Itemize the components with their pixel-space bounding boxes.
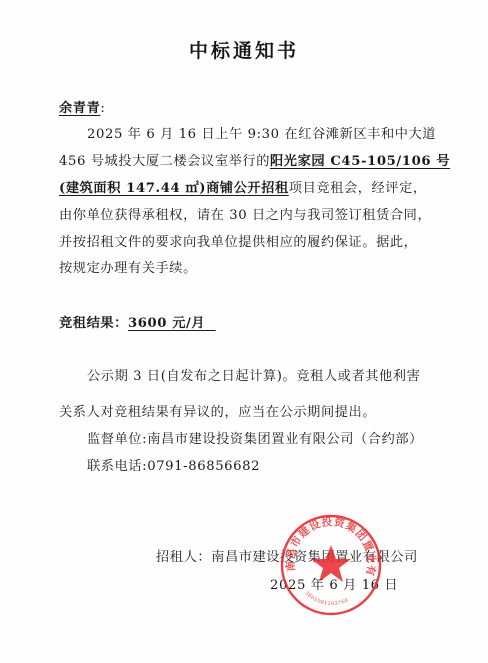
paragraph1-line1: 2025 年 6 月 16 日上午 9:30 在红谷滩新区丰和中大道 [87, 126, 436, 144]
property-area: (建筑面积 147.44 ㎡)商铺公开招租 [59, 181, 289, 196]
official-seal-icon: 南昌市建设投资集团置业有限公司 3601081103760 [279, 513, 383, 617]
paragraph1-line3: (建筑面积 147.44 ㎡)商铺公开招租项目竞租会，经评定， [59, 180, 427, 198]
notice-line2: 关系人对竞租结果有异议的，应当在公示期间提出。 [59, 404, 376, 422]
paragraph1-line3-suffix: 项目竞租会，经评定， [289, 181, 427, 196]
recipient-colon: : [100, 101, 105, 116]
stamp-code: 3601081103760 [304, 590, 350, 607]
paragraph1-line6: 按规定办理有关手续。 [59, 260, 197, 278]
result-value: 3600 元/月 [128, 316, 205, 331]
result-line: 竞租结果：3600 元/月 [59, 315, 216, 333]
paragraph1-line2-prefix: 456 号城投大厦二楼会议室举行的 [59, 154, 270, 169]
document-title: 中标通知书 [0, 36, 488, 63]
contact-phone: 0791-86856682 [147, 459, 260, 474]
notice-line1: 公示期 3 日(自发布之日起计算)。竞租人或者其他利害 [87, 368, 420, 386]
property-name: 阳光家园 C45-105/106 号 [270, 154, 450, 169]
contact-line: 联系电话:0791-86856682 [87, 458, 260, 476]
supervisor-value: 南昌市建设投资集团置业有限公司（合约部） [147, 432, 423, 447]
supervisor-line: 监督单位:南昌市建设投资集团置业有限公司（合约部） [87, 431, 423, 449]
svg-text:3601081103760: 3601081103760 [304, 590, 350, 607]
document-page: 中标通知书 余青青: 2025 年 6 月 16 日上午 9:30 在红谷滩新区… [0, 0, 488, 663]
paragraph1-line2: 456 号城投大厦二楼会议室举行的阳光家园 C45-105/106 号 [59, 153, 450, 171]
contact-label: 联系电话: [87, 459, 147, 474]
supervisor-label: 监督单位: [87, 432, 147, 447]
recipient-name: 余青青 [59, 101, 100, 116]
paragraph1-line4: 由你单位获得承租权，请在 30 日之内与我司签订租赁合同， [59, 207, 431, 225]
result-label: 竞租结果： [59, 316, 128, 331]
recipient-line: 余青青: [59, 100, 105, 118]
signature-label: 招租人： [156, 550, 211, 565]
paragraph1-line5: 并按招租文件的要求向我单位提供相应的履约保证。据此， [59, 234, 417, 252]
